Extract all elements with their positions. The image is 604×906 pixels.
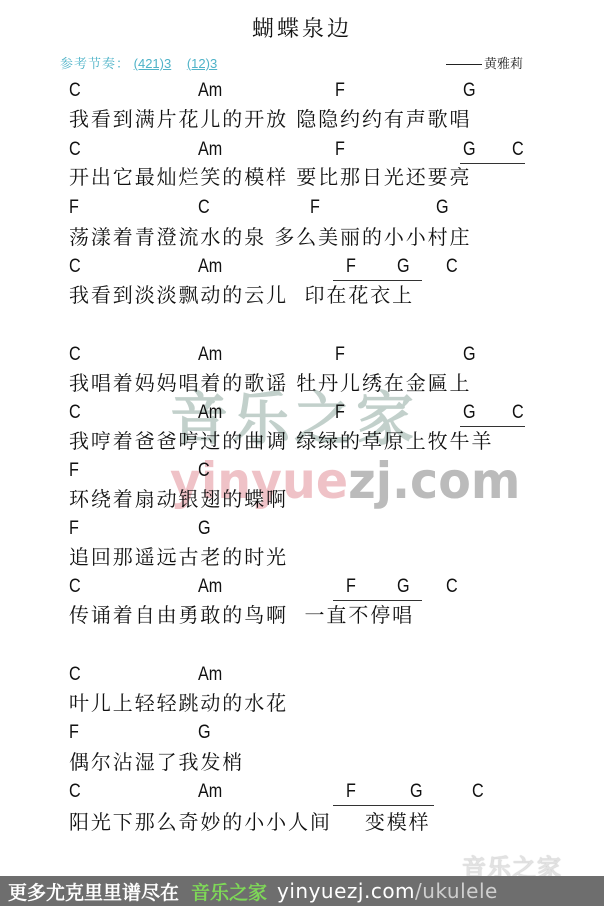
footer-url[interactable]: yinyuezj.com xyxy=(277,879,415,903)
chord-label: Am xyxy=(198,781,222,803)
lyric-text: 我哼着爸爸哼过的曲调 绿绿的草原上牧牛羊 xyxy=(69,428,493,454)
chord-label: G xyxy=(410,781,423,803)
chord-label: G xyxy=(198,518,211,540)
lyric-row: 追回那遥远古老的时光 xyxy=(0,544,604,570)
chord-row: CAm xyxy=(0,664,604,690)
footer-url-path[interactable]: /ukulele xyxy=(415,879,498,903)
chord-row: CAmFGC xyxy=(0,256,604,282)
chord-label: F xyxy=(335,402,345,424)
chord-label: F xyxy=(310,197,320,219)
chord-label: G xyxy=(463,344,476,366)
chord-row: CAmFG xyxy=(0,80,604,106)
lyric-text: 追回那遥远古老的时光 xyxy=(69,544,288,570)
chord-label: C xyxy=(69,781,81,803)
chord-row: CAmFGC xyxy=(0,576,604,602)
lyric-text: 偶尔沾湿了我发梢 xyxy=(69,749,244,775)
chord-label: F xyxy=(69,197,79,219)
footer-promo-text: 更多尤克里里谱尽在 xyxy=(8,878,179,905)
chord-label: C xyxy=(69,402,81,424)
lyric-row: 我唱着妈妈唱着的歌谣 牡丹儿绣在金匾上 xyxy=(0,370,604,396)
chord-label: Am xyxy=(198,344,222,366)
lyric-row: 传诵着自由勇敢的鸟啊 一直不停唱 xyxy=(0,602,604,628)
chord-label: F xyxy=(346,781,356,803)
chord-label: Am xyxy=(198,576,222,598)
chord-label: C xyxy=(69,664,81,686)
chord-label: F xyxy=(335,139,345,161)
author-dash xyxy=(446,64,482,65)
chord-label: F xyxy=(346,576,356,598)
lyric-row: 开出它最灿烂笑的模样 要比那日光还要亮 xyxy=(0,164,604,190)
chord-label: G xyxy=(463,402,476,424)
lyric-row: 偶尔沾湿了我发梢 xyxy=(0,749,604,775)
chord-label: F xyxy=(69,722,79,744)
chord-label: G xyxy=(436,197,449,219)
chord-label: G xyxy=(397,576,410,598)
reference-rhythm: 参考节奏： (421)3 (12)3 xyxy=(60,53,229,72)
lyric-text: 我看到满片花儿的开放 隐隐约约有声歌唱 xyxy=(69,106,471,132)
lyric-text: 传诵着自由勇敢的鸟啊 一直不停唱 xyxy=(69,602,414,628)
chord-label: C xyxy=(472,781,484,803)
lyric-text: 环绕着扇动银翅的蝶啊 xyxy=(69,486,288,512)
chord-label: C xyxy=(198,460,210,482)
chord-label: C xyxy=(446,256,458,278)
chord-group-underline xyxy=(333,280,422,281)
chord-label: F xyxy=(335,80,345,102)
chord-label: G xyxy=(198,722,211,744)
chord-label: G xyxy=(463,80,476,102)
chord-label: Am xyxy=(198,256,222,278)
lyric-row: 环绕着扇动银翅的蝶啊 xyxy=(0,486,604,512)
footer-banner[interactable]: 更多尤克里里谱尽在 音乐之家 yinyuezj.com/ukulele xyxy=(0,876,604,906)
lyric-row: 阳光下那么奇妙的小小人间 变模样 xyxy=(0,809,604,835)
lyric-text: 开出它最灿烂笑的模样 要比那日光还要亮 xyxy=(69,164,471,190)
lyric-row: 我看到满片花儿的开放 隐隐约约有声歌唱 xyxy=(0,106,604,132)
chord-row: FG xyxy=(0,518,604,544)
chord-label: Am xyxy=(198,664,222,686)
chord-label: G xyxy=(397,256,410,278)
lyric-row: 荡漾着青澄流水的泉 多么美丽的小小村庄 xyxy=(0,224,604,250)
chord-label: Am xyxy=(198,402,222,424)
author-credit: 黄雅莉 xyxy=(446,53,523,72)
lyric-text: 我看到淡淡飘动的云儿 印在花衣上 xyxy=(69,282,414,308)
chord-label: F xyxy=(69,518,79,540)
chord-label: F xyxy=(335,344,345,366)
chord-label: C xyxy=(69,80,81,102)
lyric-text: 叶儿上轻轻跳动的水花 xyxy=(69,690,288,716)
chord-group-underline xyxy=(333,805,434,806)
chord-label: F xyxy=(346,256,356,278)
lyric-row: 我看到淡淡飘动的云儿 印在花衣上 xyxy=(0,282,604,308)
lyric-text: 我唱着妈妈唱着的歌谣 牡丹儿绣在金匾上 xyxy=(69,370,471,396)
chord-row: CAmFGC xyxy=(0,139,604,165)
chord-label: Am xyxy=(198,139,222,161)
lyric-text: 荡漾着青澄流水的泉 多么美丽的小小村庄 xyxy=(69,224,471,250)
chord-row: CAmFG xyxy=(0,344,604,370)
chord-label: F xyxy=(69,460,79,482)
lyric-row: 叶儿上轻轻跳动的水花 xyxy=(0,690,604,716)
song-title: 蝴蝶泉边 xyxy=(0,12,604,43)
chord-label: C xyxy=(446,576,458,598)
chord-label: C xyxy=(512,139,524,161)
chord-label: Am xyxy=(198,80,222,102)
rhythm-pattern-1[interactable]: (421)3 xyxy=(134,56,172,71)
rhythm-label: 参考节奏： xyxy=(60,57,130,72)
chord-label: C xyxy=(512,402,524,424)
chord-row: FG xyxy=(0,722,604,748)
author-name: 黄雅莉 xyxy=(484,57,523,72)
chord-label: G xyxy=(463,139,476,161)
chord-row: CAmFGC xyxy=(0,402,604,428)
lyric-row: 我哼着爸爸哼过的曲调 绿绿的草原上牧牛羊 xyxy=(0,428,604,454)
footer-brand: 音乐之家 xyxy=(191,878,267,905)
chord-row: FC xyxy=(0,460,604,486)
chord-label: C xyxy=(69,139,81,161)
chord-label: C xyxy=(198,197,210,219)
chord-group-underline xyxy=(333,600,422,601)
chord-label: C xyxy=(69,344,81,366)
lyric-text: 阳光下那么奇妙的小小人间 变模样 xyxy=(69,809,431,835)
chord-row: FCFG xyxy=(0,197,604,223)
chord-label: C xyxy=(69,576,81,598)
chord-label: C xyxy=(69,256,81,278)
chord-group-underline xyxy=(460,426,525,427)
chord-row: CAmFGC xyxy=(0,781,604,807)
rhythm-pattern-2[interactable]: (12)3 xyxy=(187,56,217,71)
